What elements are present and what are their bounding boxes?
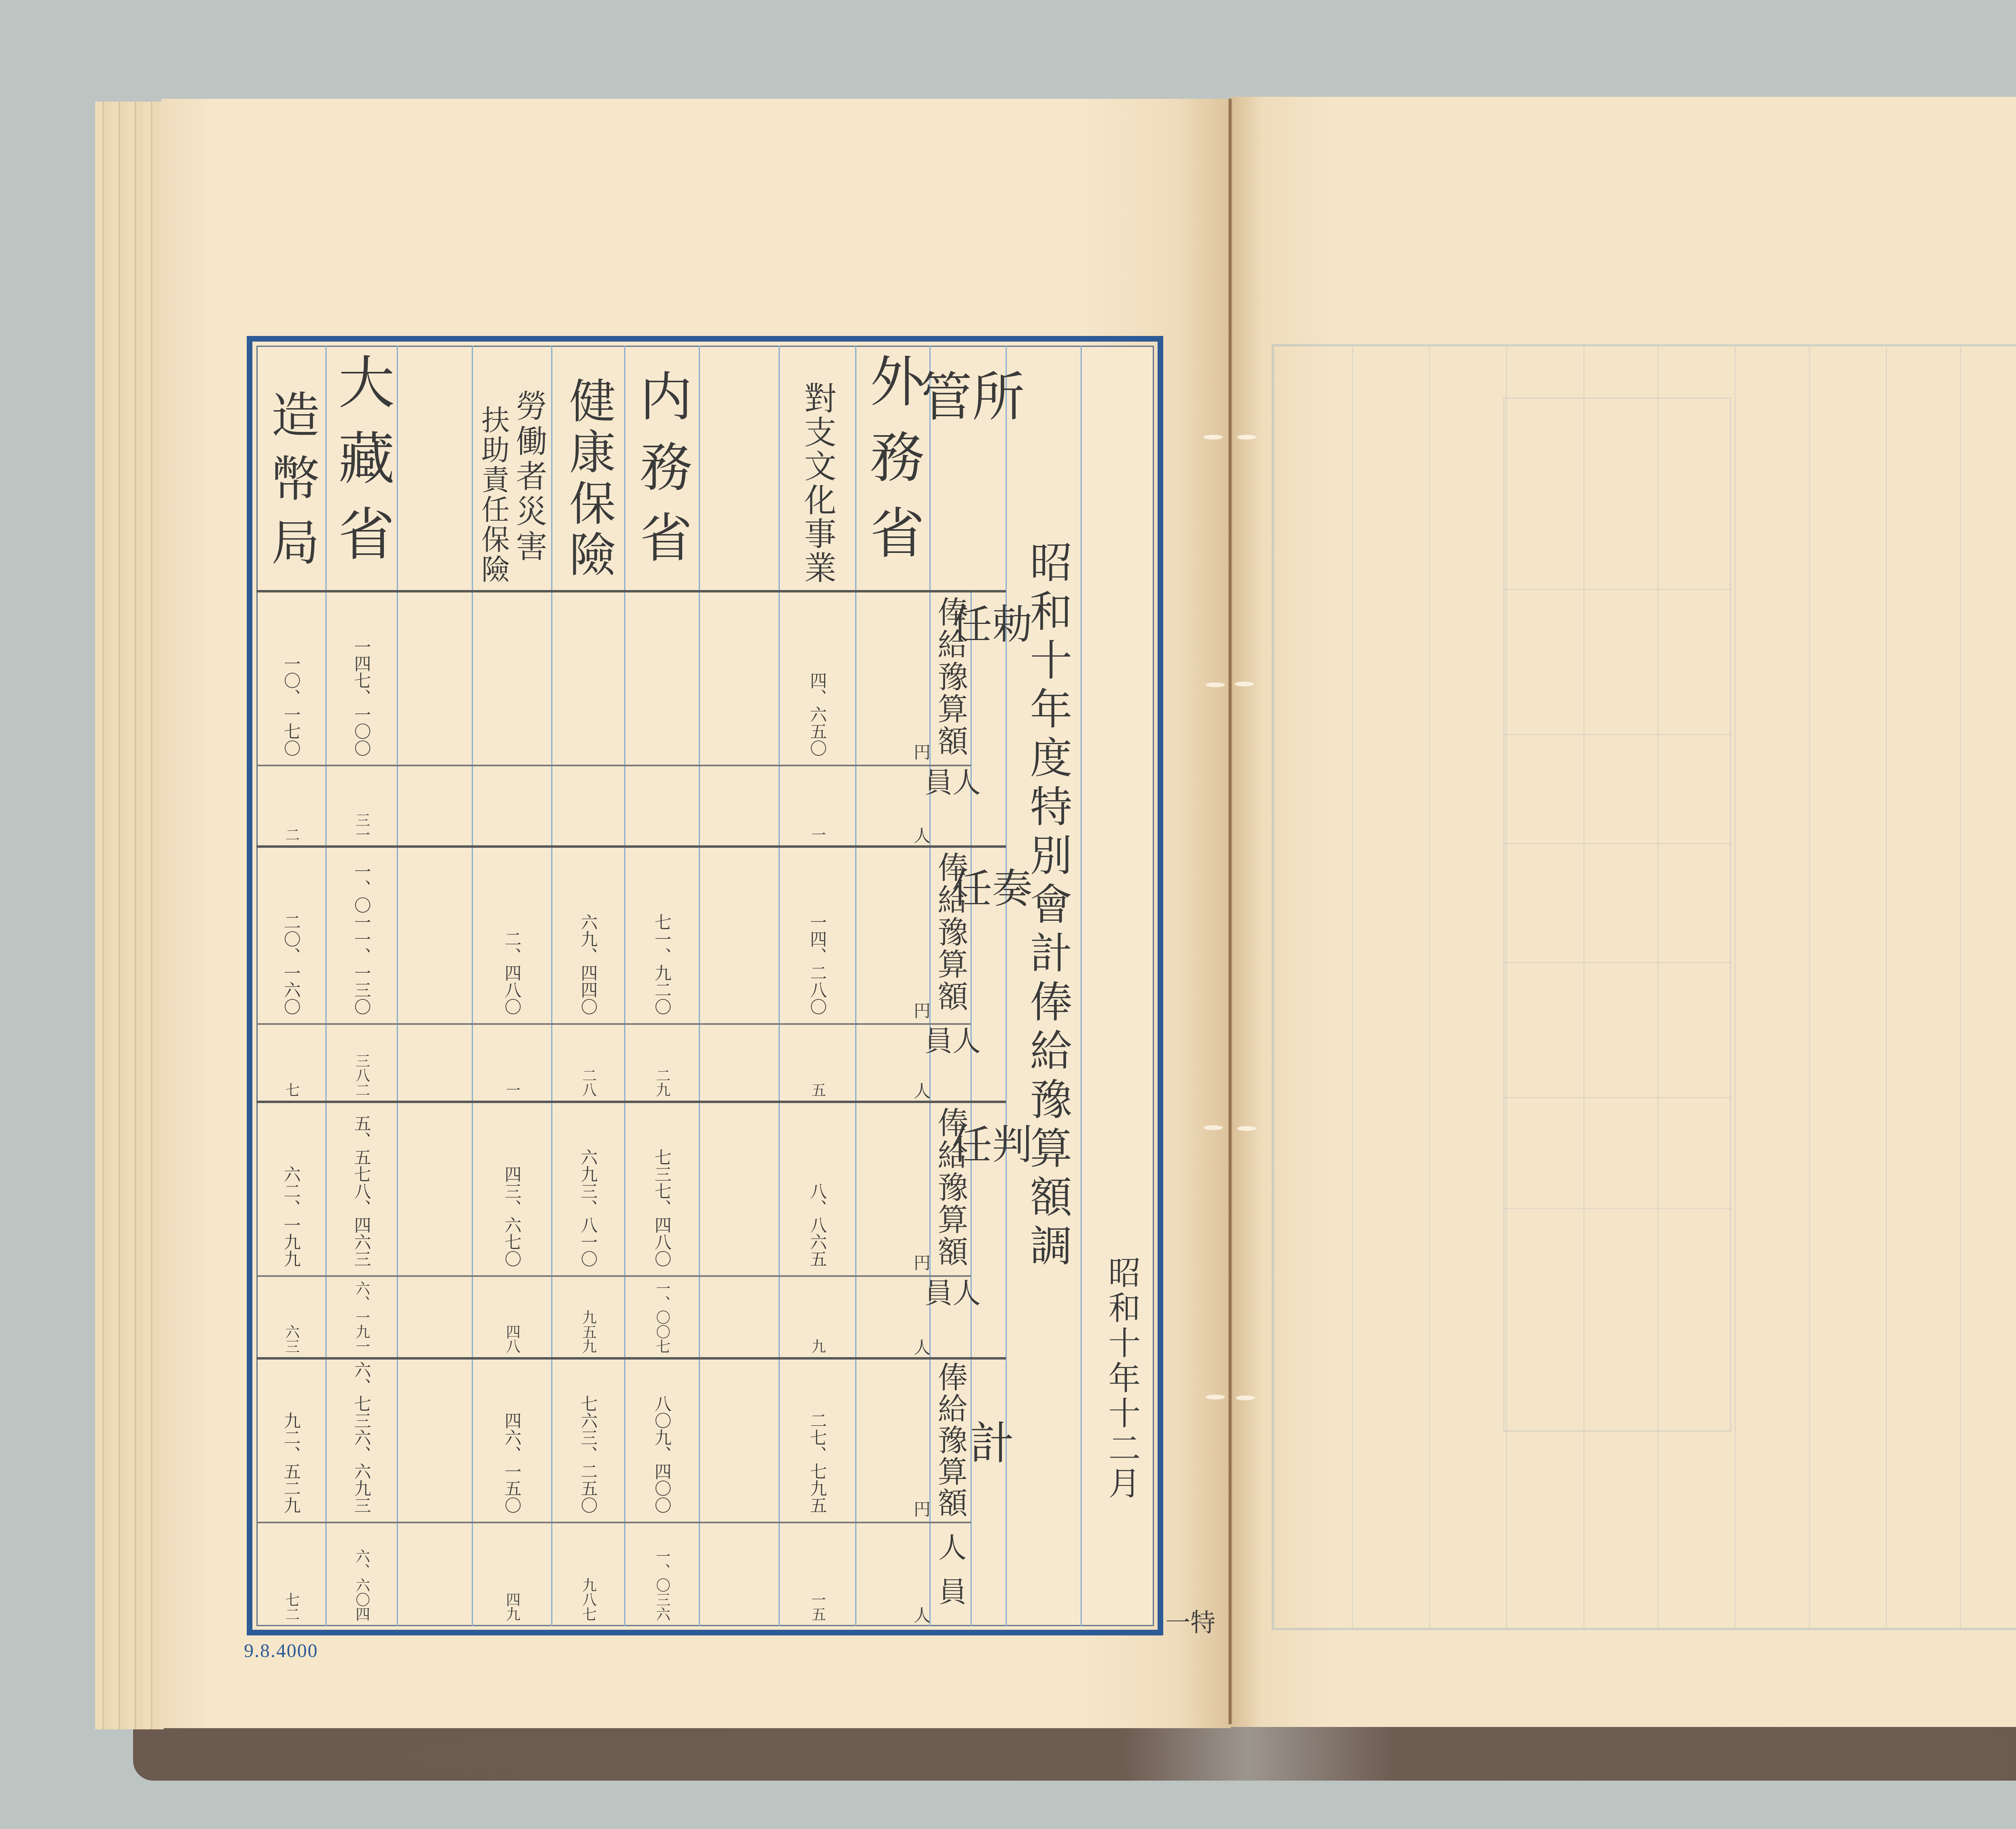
binding-hole-mark bbox=[1204, 1125, 1223, 1130]
salary-budget-cell bbox=[552, 591, 625, 765]
salary-budget-total-cell bbox=[856, 1358, 930, 1522]
column-header-label: 外務省 bbox=[866, 353, 920, 580]
personnel-cell: 七 bbox=[256, 1024, 326, 1102]
salary-budget-cell: 一四、二八〇 bbox=[779, 847, 856, 1024]
personnel-total-cell bbox=[856, 1522, 930, 1626]
salary-budget-total-cell: 八〇九、四〇〇 bbox=[625, 1358, 699, 1522]
column-header-health-insurance: 健康保險 bbox=[552, 346, 625, 591]
personnel-cell bbox=[472, 765, 552, 847]
personnel-cell: 五 bbox=[779, 1024, 856, 1102]
binding-hole-mark bbox=[1237, 1126, 1256, 1131]
personnel-cell bbox=[397, 1276, 472, 1358]
book-gutter bbox=[1228, 99, 1232, 1724]
salary-budget-total-cell: 二七、七九五 bbox=[779, 1358, 856, 1522]
show-through-line bbox=[1503, 843, 1731, 844]
document-date: 昭和十年十二月 bbox=[1081, 1256, 1154, 1502]
salary-budget-cell: 一、〇一一、一三〇 bbox=[326, 847, 397, 1024]
salary-budget-cell bbox=[397, 591, 472, 765]
salary-budget-cell bbox=[625, 591, 699, 765]
column-header-finance-ministry: 大藏省 bbox=[326, 346, 397, 591]
salary-budget-cell: 四、六五〇 bbox=[779, 591, 856, 765]
personnel-cell: 二八 bbox=[552, 1024, 625, 1102]
row-label-personnel: 人員 bbox=[930, 1278, 971, 1358]
column-header-home-ministry: 内務省 bbox=[625, 346, 699, 591]
row-label-salary-budget: 俸給豫算額 bbox=[930, 851, 971, 1024]
salary-budget-cell bbox=[699, 847, 779, 1024]
salary-budget-total-cell: 九二、五二九 bbox=[256, 1358, 326, 1522]
personnel-cell bbox=[699, 1276, 779, 1358]
show-through-line bbox=[1886, 346, 1887, 1628]
salary-budget-cell bbox=[699, 591, 779, 765]
column-header-label: 大藏省 bbox=[333, 353, 390, 580]
personnel-cell bbox=[856, 765, 930, 847]
column-header-label: 健康保險 bbox=[565, 377, 611, 582]
show-through-line bbox=[1503, 962, 1731, 963]
personnel-cell bbox=[699, 1024, 779, 1102]
column-header-label-line: 勞働者災害 bbox=[513, 390, 545, 591]
personnel-total-cell: 七二 bbox=[256, 1522, 326, 1626]
row-label-personnel: 人員 bbox=[930, 767, 971, 847]
personnel-total-cell: 一、〇三六 bbox=[625, 1522, 699, 1626]
personnel-cell: 一 bbox=[472, 1024, 552, 1102]
personnel-cell: 三八二 bbox=[326, 1024, 397, 1102]
column-header-china-cultural-projects: 對支文化事業 bbox=[779, 346, 856, 591]
salary-budget-cell: 六九三、八一〇 bbox=[552, 1102, 625, 1276]
salary-budget-cell: 五、五七八、四六三 bbox=[326, 1102, 397, 1276]
column-header-label: 對支文化事業 bbox=[801, 382, 833, 585]
salary-budget-cell: 八、八六五 bbox=[779, 1102, 856, 1276]
salary-budget-total-cell bbox=[699, 1358, 779, 1522]
row-label-personnel: 人員 bbox=[930, 1533, 971, 1626]
personnel-total-cell: 四九 bbox=[472, 1522, 552, 1626]
row-label-salary-budget: 俸給豫算額 bbox=[930, 596, 971, 765]
show-through-line bbox=[1809, 346, 1810, 1628]
personnel-cell: 四八 bbox=[472, 1276, 552, 1358]
personnel-cell bbox=[397, 765, 472, 847]
salary-budget-cell: 七一、九二〇 bbox=[625, 847, 699, 1024]
personnel-cell bbox=[625, 765, 699, 847]
personnel-cell: 一、〇〇七 bbox=[625, 1276, 699, 1358]
salary-budget-cell: 二、四八〇 bbox=[472, 847, 552, 1024]
salary-budget-cell: 一四七、一〇〇 bbox=[326, 591, 397, 765]
personnel-cell bbox=[856, 1024, 930, 1102]
jurisdiction-header: 所管 bbox=[930, 346, 1006, 591]
rank-label-total: 計 bbox=[971, 1420, 1006, 1621]
personnel-cell: 九 bbox=[779, 1276, 856, 1358]
show-through-line bbox=[1960, 346, 1961, 1628]
salary-budget-cell bbox=[856, 847, 930, 1024]
salary-budget-cell bbox=[397, 1102, 472, 1276]
personnel-total-cell bbox=[699, 1522, 779, 1626]
show-through-line bbox=[1503, 734, 1731, 735]
binding-hole-mark bbox=[1237, 435, 1256, 440]
binding-hole-mark bbox=[1235, 682, 1254, 686]
salary-budget-cell: 四三、六七〇 bbox=[472, 1102, 552, 1276]
salary-budget-total-cell: 六、七三六、六九三 bbox=[326, 1358, 397, 1522]
column-header-foreign-ministry: 外務省 bbox=[856, 346, 930, 591]
column-header-mint-bureau: 造幣局 bbox=[256, 346, 326, 591]
page-number-mark: 特一 bbox=[1174, 1609, 1202, 1666]
salary-budget-cell bbox=[397, 847, 472, 1024]
personnel-cell: 六、一九一 bbox=[326, 1276, 397, 1358]
personnel-total-cell bbox=[397, 1522, 472, 1626]
personnel-cell: 一 bbox=[779, 765, 856, 847]
personnel-cell: 六三 bbox=[256, 1276, 326, 1358]
personnel-cell: 二 bbox=[256, 765, 326, 847]
personnel-total-cell: 六、六〇四 bbox=[326, 1522, 397, 1626]
show-through-line bbox=[1735, 346, 1736, 1628]
personnel-cell bbox=[397, 1024, 472, 1102]
column-header-label: 造幣局 bbox=[267, 390, 315, 581]
personnel-cell: 三一 bbox=[326, 765, 397, 847]
salary-budget-total-cell bbox=[397, 1358, 472, 1522]
show-through-line bbox=[1429, 346, 1430, 1628]
salary-budget-cell bbox=[856, 591, 930, 765]
personnel-cell bbox=[552, 765, 625, 847]
salary-budget-cell: 六二、一九九 bbox=[256, 1102, 326, 1276]
show-through-line bbox=[1352, 346, 1353, 1628]
row-label-personnel: 人員 bbox=[930, 1026, 971, 1102]
binding-hole-mark bbox=[1206, 1395, 1225, 1399]
personnel-cell bbox=[856, 1276, 930, 1358]
binding-hole-mark bbox=[1206, 682, 1225, 687]
personnel-cell bbox=[699, 765, 779, 847]
binding-hole-mark bbox=[1236, 1395, 1255, 1400]
show-through-table bbox=[1503, 397, 1731, 1432]
left-page-stack-edge bbox=[95, 102, 164, 1729]
show-through-line bbox=[1503, 589, 1731, 590]
salary-budget-cell: 七三七、四八〇 bbox=[625, 1102, 699, 1276]
personnel-cell: 二九 bbox=[625, 1024, 699, 1102]
salary-budget-cell: 二〇、一六〇 bbox=[256, 847, 326, 1024]
salary-budget-cell: 六九、四四〇 bbox=[552, 847, 625, 1024]
binding-hole-mark bbox=[1204, 435, 1223, 440]
salary-budget-cell bbox=[699, 1102, 779, 1276]
column-header-label-line: 扶助責任保險 bbox=[479, 405, 508, 591]
row-label-salary-budget: 俸給豫算額 bbox=[930, 1362, 971, 1522]
column-header-workers-accident-insurance: 勞働者災害 扶助責任保險 bbox=[472, 346, 552, 591]
personnel-total-cell: 一五 bbox=[779, 1522, 856, 1626]
document-date-text: 昭和十年十二月 bbox=[1106, 1256, 1138, 1502]
show-through-line bbox=[1503, 1208, 1731, 1209]
salary-budget-total-cell: 四六、一五〇 bbox=[472, 1358, 552, 1522]
jurisdiction-header-label: 所管 bbox=[916, 369, 1020, 591]
personnel-total-cell: 九八七 bbox=[552, 1522, 625, 1626]
document-title-text: 昭和十年度特別會計俸給豫算額調 bbox=[1027, 540, 1069, 1272]
salary-budget-total-cell: 七六三、二五〇 bbox=[552, 1358, 625, 1522]
salary-budget-cell: 一〇、一七〇 bbox=[256, 591, 326, 765]
row-label-salary-budget: 俸給豫算額 bbox=[930, 1107, 971, 1276]
show-through-line bbox=[1503, 1097, 1731, 1098]
salary-budget-cell bbox=[472, 591, 552, 765]
salary-budget-cell bbox=[856, 1102, 930, 1276]
personnel-cell: 九五九 bbox=[552, 1276, 625, 1358]
column-header-label: 内務省 bbox=[636, 369, 688, 581]
printer-mark: 9.8.4000 bbox=[244, 1640, 318, 1662]
